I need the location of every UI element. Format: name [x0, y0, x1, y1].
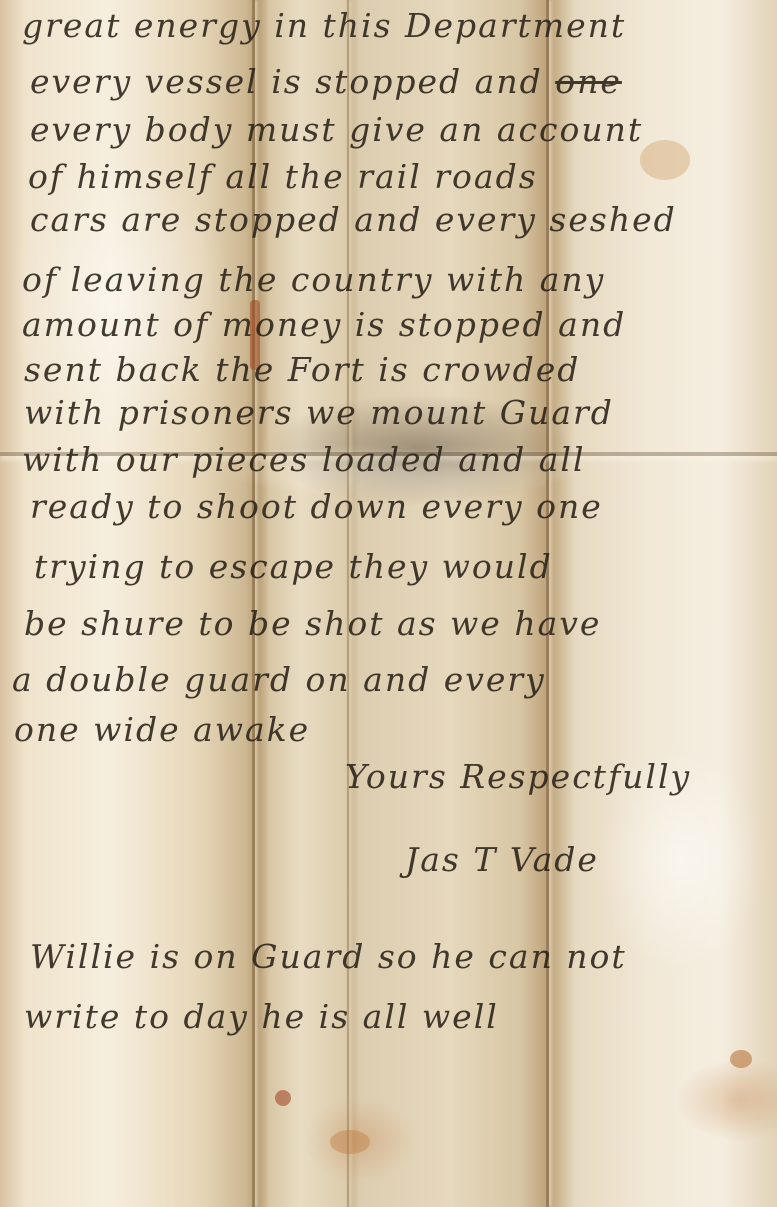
letter-line: amount of money is stopped and: [22, 305, 626, 344]
letter-line: great energy in this Department: [22, 6, 626, 45]
letter-line: cars are stopped and every seshed: [30, 200, 677, 239]
water-stain: [640, 140, 690, 180]
letter-line: be shure to be shot as we have: [24, 604, 601, 643]
letter-line: of leaving the country with any: [22, 260, 605, 299]
letter-line: every body must give an account: [30, 110, 643, 149]
rust-stain: [275, 1090, 291, 1106]
postscript-line: write to day he is all well: [24, 997, 499, 1036]
letter-line: with our pieces loaded and all: [22, 440, 586, 479]
rust-stain: [730, 1050, 752, 1068]
postscript-line: Willie is on Guard so he can not: [30, 937, 627, 976]
letter-line: one wide awake: [14, 710, 310, 749]
letter-page: great energy in this Department every ve…: [0, 0, 777, 1207]
letter-line: with prisoners we mount Guard: [24, 393, 614, 432]
water-stain: [330, 1130, 370, 1154]
struck-word: one: [555, 62, 622, 101]
letter-line: of himself all the rail roads: [28, 157, 538, 196]
letter-line: every vessel is stopped and one: [30, 62, 622, 101]
closing-salutation: Yours Respectfully: [345, 757, 691, 796]
letter-line: trying to escape they would: [34, 547, 553, 586]
letter-line: ready to shoot down every one: [30, 487, 603, 526]
letter-line: a double guard on and every: [12, 660, 546, 699]
signature: Jas T Vade: [405, 840, 599, 879]
letter-line: sent back the Fort is crowded: [24, 350, 580, 389]
